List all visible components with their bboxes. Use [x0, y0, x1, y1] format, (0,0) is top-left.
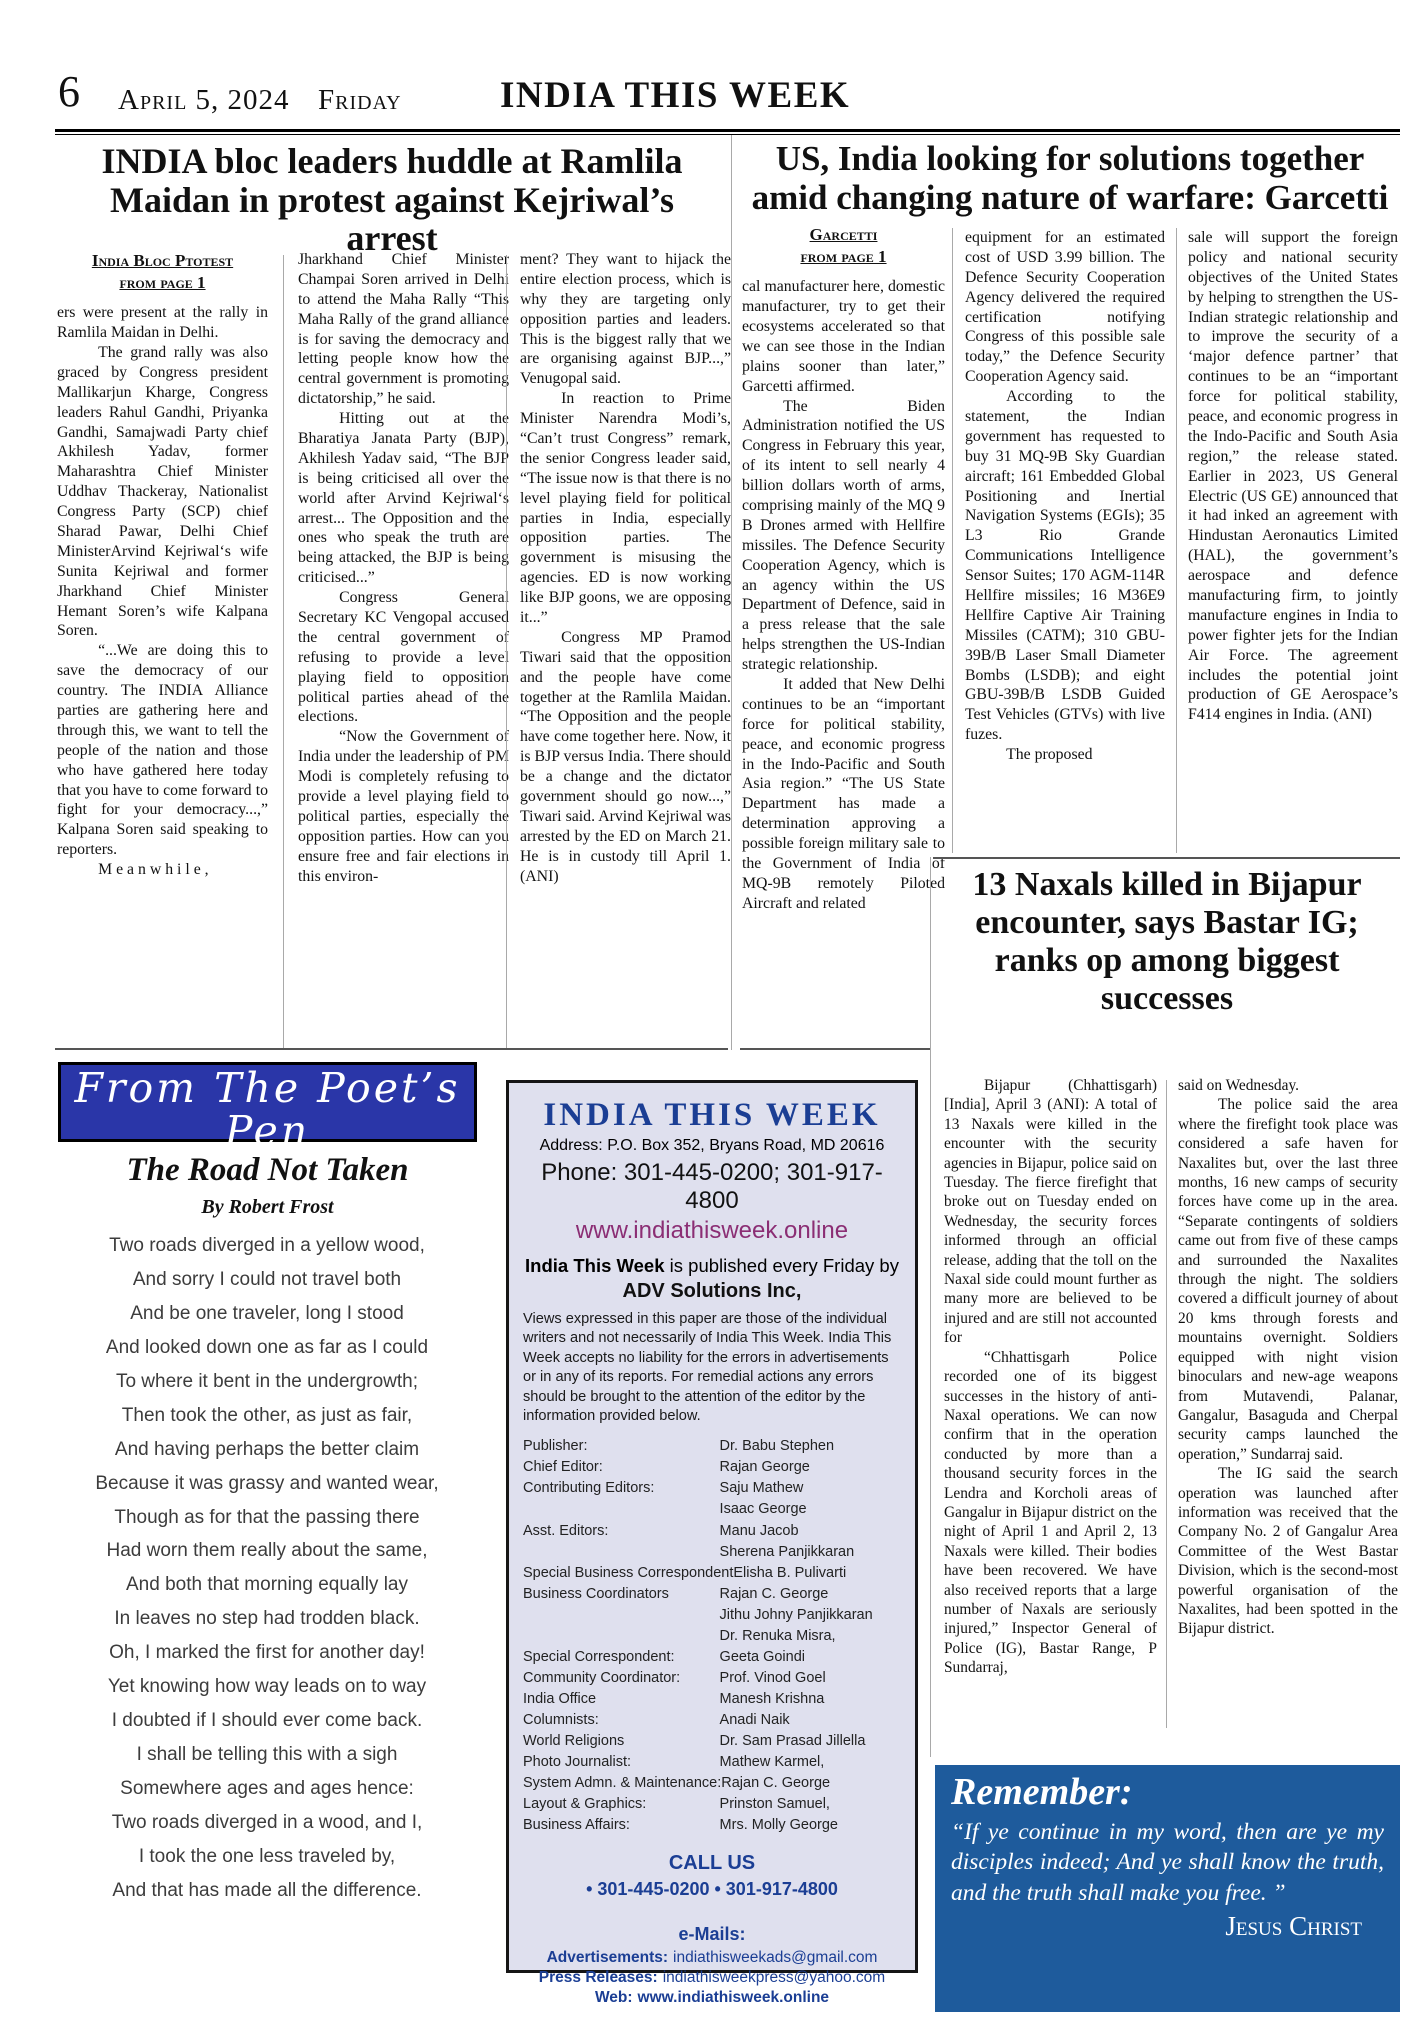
kejriwal-column-1: India Bloc Ptotest from page 1 ers were … — [57, 250, 268, 880]
poem-title: The Road Not Taken — [60, 1152, 475, 1189]
paragraph: “Chhattisgarh Police recorded one of its… — [944, 1348, 1157, 1678]
garcetti-column-1: Garcetti from page 1 cal manufacturer he… — [742, 224, 945, 914]
contact-row: Advertisements:indiathisweekads@gmail.co… — [523, 1949, 901, 1967]
kicker-line: India Bloc Ptotest — [92, 251, 233, 270]
kejriwal-column-2: Jharkhand Chief Minister Champai Soren a… — [298, 250, 509, 887]
name: Elisha B. Pulivarti — [733, 1563, 901, 1584]
infobox-brand: India This Week — [525, 1255, 664, 1276]
column-rule — [506, 255, 507, 1048]
call-us-numbers: • 301-445-0200 • 301-917-4800 — [523, 1879, 901, 1900]
staff-row: Layout & Graphics:Prinston Samuel, — [523, 1794, 901, 1815]
masthead-title: INDIA THIS WEEK — [500, 74, 850, 117]
paragraph: And sorry I could not travel both — [52, 1270, 482, 1290]
paragraph: To where it bent in the undergrowth; — [52, 1372, 482, 1392]
issue-day: Friday — [318, 84, 402, 117]
naxals-column-2: said on Wednesday.The police said the ar… — [1178, 1076, 1398, 1639]
name: Rajan George — [720, 1457, 901, 1478]
paragraph: M e a n w h i l e , — [57, 860, 268, 880]
column-rule — [1166, 1080, 1167, 1728]
headline-kejriwal-article: INDIA bloc leaders huddle at Ramlila Mai… — [92, 142, 692, 258]
paragraph: Then took the other, as just as fair, — [52, 1406, 482, 1426]
paragraph: Yet knowing how way leads on to way — [52, 1677, 482, 1697]
staff-row: Jithu Johny Panjikkaran — [523, 1605, 901, 1626]
staff-row: Contributing Editors:Saju Mathew — [523, 1478, 901, 1499]
headline-naxals-article: 13 Naxals killed in Bijapur encounter, s… — [967, 866, 1367, 1018]
paragraph: The proposed — [965, 745, 1165, 765]
paragraph: Hitting out at the Bharatiya Janata Part… — [298, 409, 509, 588]
garcetti-column-2: equipment for an estimated cost of USD 3… — [965, 228, 1165, 765]
name: Manu Jacob — [720, 1521, 901, 1542]
name: Dr. Babu Stephen — [720, 1436, 901, 1457]
name: Dr. Renuka Misra, — [720, 1626, 901, 1647]
naxals-top-rule — [933, 857, 1400, 859]
role: World Religions — [523, 1731, 720, 1752]
label: Advertisements: — [547, 1949, 668, 1966]
infobox-title: INDIA THIS WEEK — [523, 1097, 901, 1134]
value[interactable]: indiathisweekpress@yahoo.com — [663, 1969, 886, 1986]
staff-row: Columnists:Anadi Naik — [523, 1710, 901, 1731]
column-rule — [283, 255, 284, 1048]
infobox-published-rest: is published every Friday by — [665, 1255, 899, 1276]
garcetti-column-3: sale will support the foreign policy and… — [1188, 228, 1398, 725]
column-rule — [952, 228, 953, 853]
staff-row: Publisher:Dr. Babu Stephen — [523, 1436, 901, 1457]
paragraph: equipment for an estimated cost of USD 3… — [965, 228, 1165, 387]
name: Sherena Panjikkaran — [720, 1542, 901, 1563]
staff-row: World ReligionsDr. Sam Prasad Jillella — [523, 1731, 901, 1752]
staff-row: Special Correspondent:Geeta Goindi — [523, 1647, 901, 1668]
remember-quote-box: Remember: “If ye continue in my word, th… — [935, 1765, 1400, 2012]
paragraph: ers were present at the rally in Ramlila… — [57, 303, 268, 343]
paragraph: Congress General Secretary KC Vengopal a… — [298, 588, 509, 727]
staff-row: Sherena Panjikkaran — [523, 1542, 901, 1563]
remember-attribution: Jesus Christ — [951, 1911, 1384, 1942]
page-number: 6 — [58, 66, 80, 117]
headline-garcetti-article: US, India looking for solutions together… — [742, 140, 1398, 217]
role: Community Coordinator: — [523, 1668, 720, 1689]
role — [523, 1605, 720, 1626]
paragraph: Two roads diverged in a wood, and I, — [52, 1813, 482, 1833]
paragraph: Somewhere ages and ages hence: — [52, 1779, 482, 1799]
name: Prof. Vinod Goel — [720, 1668, 901, 1689]
label: Press Releases: — [539, 1969, 658, 1986]
name: Isaac George — [720, 1499, 901, 1520]
staff-row: Community Coordinator:Prof. Vinod Goel — [523, 1668, 901, 1689]
paragraph: The Biden Administration notified the US… — [742, 397, 945, 675]
role: Layout & Graphics: — [523, 1794, 720, 1815]
staff-row: India OfficeManesh Krishna — [523, 1689, 901, 1710]
naxals-left-rule — [930, 857, 931, 1757]
paragraph: And looked down one as far as I could — [52, 1338, 482, 1358]
paragraph: Because it was grassy and wanted wear, — [52, 1474, 482, 1494]
role — [523, 1626, 720, 1647]
newspaper-page: 6 April 5, 2024 Friday INDIA THIS WEEK I… — [0, 0, 1428, 2028]
role: Contributing Editors: — [523, 1478, 720, 1499]
name: Jithu Johny Panjikkaran — [720, 1605, 901, 1626]
contact-row: Press Releases:indiathisweekpress@yahoo.… — [523, 1969, 901, 1987]
paragraph: I shall be telling this with a sigh — [52, 1745, 482, 1765]
paragraph: In leaves no step had trodden black. — [52, 1609, 482, 1629]
kicker-garcetti: Garcetti from page 1 — [742, 224, 945, 268]
paragraph: And that has made all the difference. — [52, 1881, 482, 1901]
paragraph: And be one traveler, long I stood — [52, 1304, 482, 1324]
paragraph: cal manufacturer here, domestic manufact… — [742, 277, 945, 396]
section-rule — [55, 1048, 728, 1050]
staff-row: System Admn. & Maintenance:Rajan C. Geor… — [523, 1773, 901, 1794]
paragraph: Though as for that the passing there — [52, 1508, 482, 1528]
paragraph: In reaction to Prime Minister Narendra M… — [520, 389, 731, 628]
role: Chief Editor: — [523, 1457, 720, 1478]
role: Special Business Correspondent — [523, 1563, 733, 1584]
infobox-phone: Phone: 301-445-0200; 301-917-4800 — [523, 1159, 901, 1215]
paragraph: Two roads diverged in a yellow wood, — [52, 1236, 482, 1256]
kejriwal-col1-text: ers were present at the rally in Ramlila… — [57, 303, 268, 880]
call-us-heading: CALL US — [523, 1852, 901, 1875]
name: Rajan C. George — [720, 1584, 901, 1605]
value[interactable]: indiathisweekads@gmail.com — [673, 1949, 877, 1966]
paragraph: According to the statement, the Indian g… — [965, 387, 1165, 745]
role: Business Coordinators — [523, 1584, 720, 1605]
emails-heading: e-Mails: — [523, 1924, 901, 1945]
paragraph: said on Wednesday. — [1178, 1076, 1398, 1095]
publication-info-box: INDIA THIS WEEK Address: P.O. Box 352, B… — [506, 1080, 918, 1973]
paragraph: It added that New Delhi continues to be … — [742, 675, 945, 914]
paragraph: And having perhaps the better claim — [52, 1440, 482, 1460]
role: Business Affairs: — [523, 1815, 720, 1836]
role: India Office — [523, 1689, 720, 1710]
name: Geeta Goindi — [720, 1647, 901, 1668]
remember-quote: “If ye continue in my word, then are ye … — [951, 1817, 1384, 1909]
paragraph: The grand rally was also graced by Congr… — [57, 343, 268, 641]
staff-row: Business Affairs:Mrs. Molly George — [523, 1815, 901, 1836]
paragraph: The police said the area where the firef… — [1178, 1095, 1398, 1464]
garcetti-col1-text: cal manufacturer here, domestic manufact… — [742, 277, 945, 914]
name: Mrs. Molly George — [720, 1815, 901, 1836]
column-rule — [1176, 228, 1177, 853]
kejriwal-column-3: ment? They want to hijack the entire ele… — [520, 250, 731, 887]
paragraph: Had worn them really about the same, — [52, 1541, 482, 1561]
poets-pen-banner: From The Poet’s Pen INDIA THIS WEEK- Apr… — [58, 1062, 477, 1142]
paragraph: Bijapur (Chhattisgarh) [India], April 3 … — [944, 1076, 1157, 1348]
paragraph: ment? They want to hijack the entire ele… — [520, 250, 731, 389]
contact-row: Web:www.indiathisweek.online — [523, 1989, 901, 2007]
staff-row: Chief Editor:Rajan George — [523, 1457, 901, 1478]
issue-date: April 5, 2024 — [118, 84, 290, 117]
role — [523, 1542, 720, 1563]
name: Manesh Krishna — [720, 1689, 901, 1710]
infobox-disclaimer: Views expressed in this paper are those … — [523, 1310, 901, 1426]
name: Prinston Samuel, — [720, 1794, 901, 1815]
contact-list: Advertisements:indiathisweekads@gmail.co… — [523, 1949, 901, 2007]
role: Photo Journalist: — [523, 1752, 720, 1773]
kicker-line: Garcetti — [810, 225, 878, 244]
infobox-company: ADV Solutions Inc, — [523, 1280, 901, 1303]
staff-row: Isaac George — [523, 1499, 901, 1520]
staff-row: Asst. Editors:Manu Jacob — [523, 1521, 901, 1542]
paragraph: “Now the Government of India under the l… — [298, 727, 509, 886]
staff-row: Special Business CorrespondentElisha B. … — [523, 1563, 901, 1584]
header-rule — [55, 129, 1400, 135]
paragraph: I doubted if I should ever come back. — [52, 1711, 482, 1731]
role: Publisher: — [523, 1436, 720, 1457]
staff-row: Photo Journalist:Mathew Karmel, — [523, 1752, 901, 1773]
poets-pen-title: From The Poet’s Pen — [61, 1067, 474, 1153]
infobox-published-line: India This Week is published every Frida… — [523, 1255, 901, 1277]
paragraph: The IG said the search operation was lau… — [1178, 1464, 1398, 1639]
label: Web: — [595, 1989, 633, 2006]
center-divider — [731, 135, 732, 1050]
role: Columnists: — [523, 1710, 720, 1731]
name: Rajan C. George — [721, 1773, 901, 1794]
infobox-address: Address: P.O. Box 352, Bryans Road, MD 2… — [523, 1137, 901, 1155]
kicker-india-bloc: India Bloc Ptotest from page 1 — [57, 250, 268, 294]
remember-title: Remember: — [951, 1773, 1384, 1813]
kicker-frompage: from page 1 — [119, 273, 205, 292]
paragraph: I took the one less traveled by, — [52, 1847, 482, 1867]
paragraph: And both that morning equally lay — [52, 1575, 482, 1595]
poem-body: Two roads diverged in a yellow wood,And … — [52, 1236, 482, 1915]
staff-list: Publisher:Dr. Babu StephenChief Editor:R… — [523, 1436, 901, 1835]
paragraph: Jharkhand Chief Minister Champai Soren a… — [298, 250, 509, 409]
paragraph: Oh, I marked the first for another day! — [52, 1643, 482, 1663]
staff-row: Dr. Renuka Misra, — [523, 1626, 901, 1647]
section-rule — [740, 1048, 930, 1050]
staff-row: Business CoordinatorsRajan C. George — [523, 1584, 901, 1605]
poem-author: By Robert Frost — [60, 1196, 475, 1219]
value[interactable]: www.indiathisweek.online — [638, 1989, 830, 2006]
paragraph: “...We are doing this to save the democr… — [57, 641, 268, 860]
role: System Admn. & Maintenance: — [523, 1773, 721, 1794]
role: Special Correspondent: — [523, 1647, 720, 1668]
kicker-frompage: from page 1 — [800, 247, 886, 266]
name: Saju Mathew — [720, 1478, 901, 1499]
naxals-column-1: Bijapur (Chhattisgarh) [India], April 3 … — [944, 1076, 1157, 1678]
infobox-website-link[interactable]: www.indiathisweek.online — [523, 1217, 901, 1245]
role: Asst. Editors: — [523, 1521, 720, 1542]
role — [523, 1499, 720, 1520]
name: Dr. Sam Prasad Jillella — [720, 1731, 901, 1752]
paragraph: Congress MP Pramod Tiwari said that the … — [520, 628, 731, 887]
name: Mathew Karmel, — [720, 1752, 901, 1773]
paragraph: sale will support the foreign policy and… — [1188, 228, 1398, 725]
name: Anadi Naik — [720, 1710, 901, 1731]
